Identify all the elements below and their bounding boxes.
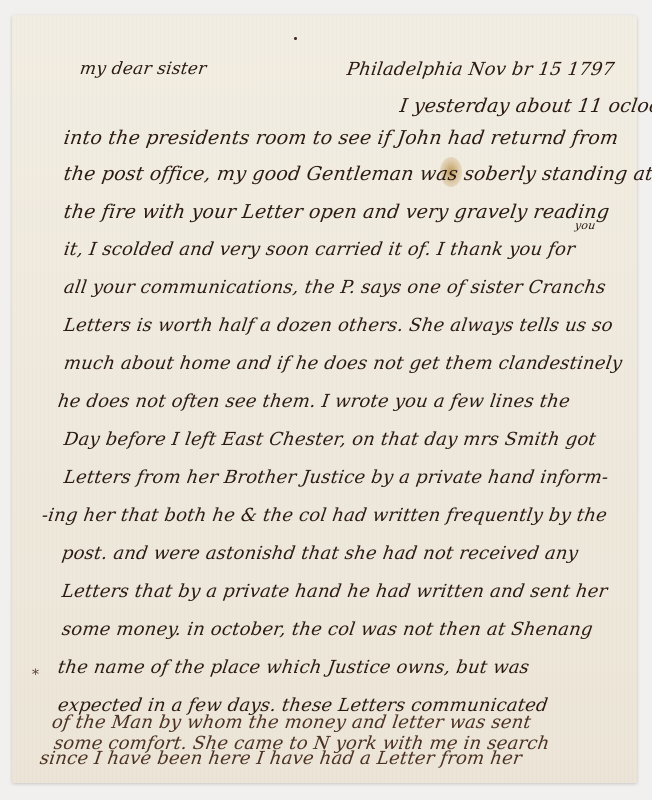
letter-line-4: the fire with your Letter open and very … bbox=[62, 201, 610, 223]
letter-line-3: the post office, my good Gentleman was s… bbox=[62, 163, 652, 185]
margin-mark: * bbox=[32, 667, 39, 683]
letter-line-16: the name of the place which Justice owns… bbox=[57, 657, 531, 678]
letter-line-9: he does not often see them. I wrote you … bbox=[57, 391, 572, 412]
letter-line-12: -ing her that both he & the col had writ… bbox=[41, 505, 609, 526]
letter-line-2: into the presidents room to see if John … bbox=[62, 127, 619, 149]
letter-line-15: some money. in october, the col was not … bbox=[61, 619, 595, 640]
paper-speck bbox=[294, 37, 297, 40]
letter-line-10: Day before I left East Chester, on that … bbox=[63, 429, 598, 450]
interlinear-insertion: you bbox=[574, 219, 596, 232]
letter-page: my dear sister Philadelphia Nov br 15 17… bbox=[12, 15, 637, 783]
letter-line-5: it, I scolded and very soon carried it o… bbox=[63, 239, 577, 260]
letter-line-11: Letters from her Brother Justice by a pr… bbox=[63, 467, 610, 488]
letter-line-8: much about home and if he does not get t… bbox=[63, 353, 624, 374]
letter-line-14: Letters that by a private hand he had wr… bbox=[61, 581, 609, 602]
letter-line-6: all your communications, the P. says one… bbox=[63, 277, 608, 298]
letter-line-1: I yesterday about 11 oclock went bbox=[398, 95, 652, 117]
letter-line-13: post. and were astonishd that she had no… bbox=[61, 543, 580, 564]
place-date: Philadelphia Nov br 15 1797 bbox=[346, 59, 616, 80]
letter-line-20: since I have been here I have had a Lett… bbox=[39, 748, 524, 769]
salutation: my dear sister bbox=[79, 59, 208, 79]
letter-line-7: Letters is worth half a dozen others. Sh… bbox=[63, 315, 615, 336]
letter-line-19: of the Man by whom the money and letter … bbox=[51, 712, 533, 733]
